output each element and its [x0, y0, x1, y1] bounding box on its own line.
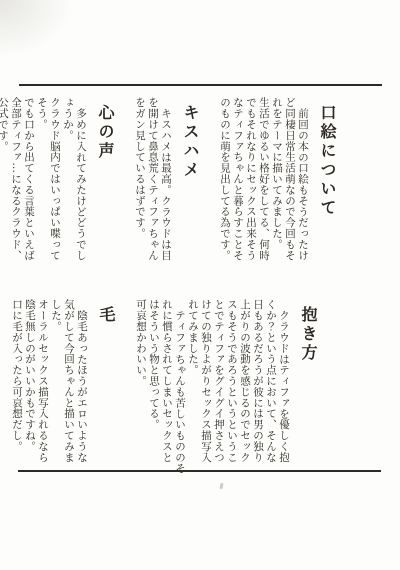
section-title: 毛	[95, 299, 117, 471]
text-column: オーラルセックス描写入れるなら	[36, 299, 49, 471]
text-column: とでティファをグイグイ押さえつ	[212, 299, 225, 471]
text-column: ど同棲日常生活萌なので今回もそ	[283, 97, 296, 269]
text-column: 陰毛あったほうがエロいような	[75, 299, 88, 471]
text-column: を開けて鼻息荒くティファちゃん	[146, 97, 159, 269]
section-title: 口絵について	[316, 97, 338, 269]
text-column: 公式です。	[0, 97, 9, 269]
text-column: クラウドはティファを優しく抱	[277, 299, 290, 471]
text-column: 多めに入れてみたけどどうでし	[74, 97, 87, 269]
section-title: 心の声	[94, 97, 116, 269]
text-column: れてみました。	[186, 299, 199, 471]
text-column: そう。	[35, 97, 48, 269]
text-column: をガン見しているはずです。	[133, 97, 146, 269]
text-column: でもそれなりにセックス出来そう	[244, 97, 257, 269]
text-column: 全部ティファ…になるクラウド、	[9, 97, 22, 269]
text-column: れをテーマに描いてみました。	[270, 97, 283, 269]
bottom-divider-rule	[18, 470, 381, 472]
text-column: クラウド脳内ではいっぱい喋って	[48, 97, 61, 269]
text-column: くか？という点において、そんな	[264, 299, 277, 471]
scan-speck	[219, 483, 223, 489]
section-dakikata: 抱き方 クラウドはティファを優しく抱 くか？という点において、そんな 日もあるだ…	[134, 299, 319, 471]
text-column: ょうか。	[61, 97, 74, 269]
text-column: けての独りよがりセックス描写入	[199, 299, 212, 471]
section-kokoro-no-koe: 心の声 多めに入れてみたけどどうでし ょうか。 クラウド脳内ではいっぱい喋って …	[0, 97, 116, 269]
text-column: はそういう物と思ってる。	[147, 299, 160, 471]
text-column: のものに萌を見出してる為です。	[218, 97, 231, 269]
text-column: 生活でゆるい格好をしてる、何時	[257, 97, 270, 269]
text-column: 上がりの波動を感じるのでセック	[238, 299, 251, 471]
page: { "page": { "background": "#fdfdfb", "te…	[0, 0, 400, 570]
text-column: れに慣らされてしまいセックスと	[160, 299, 173, 471]
text-column: キスハメは最高。クラウドは目	[159, 97, 172, 269]
text-column: でも口から出てくる言葉といえば	[22, 97, 35, 269]
text-column: 口に毛が入ったら可哀想だし。	[10, 299, 23, 471]
text-column: 陰毛無しのがいいかもですね。	[23, 299, 36, 471]
section-title: 抱き方	[297, 299, 319, 471]
section-kisuhame: キスハメ キスハメは最高。クラウドは目 を開けて鼻息荒くティファちゃん をガン見…	[133, 97, 201, 269]
upper-text-band: 口絵について 前回の本の口絵もそうだったけ ど同棲日常生活萌なので今回もそ れを…	[0, 97, 344, 269]
section-ke: 毛 陰毛あったほうがエロいような 気がして今回ちゃんと描いてみま した。 オーラ…	[10, 299, 117, 471]
lower-text-band: 抱き方 クラウドはティファを優しく抱 くか？という点において、そんな 日もあるだ…	[10, 299, 325, 471]
text-column: 気がして今回ちゃんと描いてみま	[62, 299, 75, 471]
text-column: ティファちゃんも苦しいもののそ	[173, 299, 186, 471]
text-column: なティファちゃんと暮らすことそ	[231, 97, 244, 269]
text-column: 可哀想かわいい。	[134, 299, 147, 471]
text-column: 前回の本の口絵もそうだったけ	[296, 97, 309, 269]
text-column: スもそうであろうというというこ	[225, 299, 238, 471]
text-column: した。	[49, 299, 62, 471]
section-title: キスハメ	[179, 97, 201, 269]
text-column: 日もあるだろうが彼には男の独り	[251, 299, 264, 471]
scan-shading	[0, 0, 70, 55]
top-divider-rule	[19, 84, 382, 86]
section-kuchie: 口絵について 前回の本の口絵もそうだったけ ど同棲日常生活萌なので今回もそ れを…	[218, 97, 338, 269]
